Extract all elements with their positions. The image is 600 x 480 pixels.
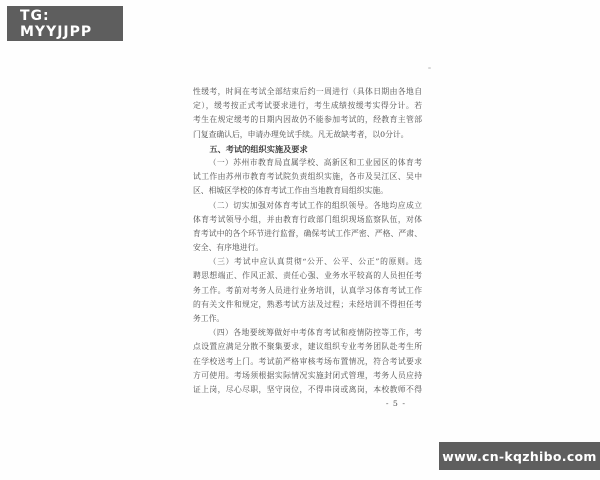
document-section-heading: 五、考试的组织实施及要求	[193, 142, 422, 156]
page-number: - 5 -	[193, 397, 422, 411]
scanned-document-viewer: { "colors": { "badge_bg": "#5e5e5e", "ba…	[0, 0, 600, 480]
website-watermark-badge: www.cn-kqzhibo.com	[439, 442, 600, 470]
document-line: 考生在规定缓考的日期内因故仍不能参加考试的，经教育主管部	[193, 113, 422, 127]
document-line: （三）考试中应认真贯彻“公开、公平、公正”的原则。选	[193, 255, 422, 269]
document-line: 试工作由苏州市教育考试院负责组织实施，各市及吴江区、吴中	[193, 170, 422, 184]
document-line: （二）切实加强对体育考试工作的组织领导。各地均应成立	[193, 199, 422, 213]
document-line: 门复查确认后，申请办理免试手续。凡无故缺考者，以0分计。	[193, 128, 422, 142]
document-line: 方可使用。考场须根据实际情况实施封闭式管理，考务人员应持	[193, 369, 422, 383]
document-line: 的有关文件和规定，熟悉考试方法及过程；未经培训不得担任考	[193, 298, 422, 312]
document-line: 证上岗，尽心尽职，坚守岗位，不得串岗或离岗，本校教师不得	[193, 383, 422, 397]
document-line: 区、相城区学校的体育考试工作由当地教育局组织实施。	[193, 184, 422, 198]
scan-artifact	[428, 67, 431, 69]
document-line: 在学校送考上门。考试前严格审核考场布置情况，符合考试要求	[193, 355, 422, 369]
telegram-watermark-badge: TG: MYYJJPP	[7, 6, 123, 41]
telegram-watermark-label: TG: MYYJJPP	[20, 8, 123, 40]
document-line: 务工作。	[193, 312, 422, 326]
document-line: （一）苏州市教育局直属学校、高新区和工业园区的体育考	[193, 156, 422, 170]
document-page: 性缓考，时间在考试全部结束后约一周进行（具体日期由各地自 定），缓考按正式考试要…	[193, 85, 422, 411]
document-line: 务工作。考前对考务人员进行业务培训，认真学习体育考试工作	[193, 284, 422, 298]
document-line: 性缓考，时间在考试全部结束后约一周进行（具体日期由各地自	[193, 85, 422, 99]
document-line: 安全、有序地进行。	[193, 241, 422, 255]
website-watermark-label: www.cn-kqzhibo.com	[442, 449, 597, 464]
document-line: 点设置应满足分散不聚集要求，建议组织专业考务团队赴考生所	[193, 340, 422, 354]
document-line: 体育考试领导小组，并由教育行政部门组织现场监察队伍，对体	[193, 213, 422, 227]
document-line: 聘思想端正、作风正派、责任心强、业务水平较高的人员担任考	[193, 269, 422, 283]
document-line: 育考试中的各个环节进行监督，确保考试工作严密、严格、严肃、	[193, 227, 422, 241]
document-line: 定），缓考按正式考试要求进行，考生成绩按缓考实得分计。若	[193, 99, 422, 113]
document-line: （四）各地要统筹做好中考体育考试和疫情防控等工作，考	[193, 326, 422, 340]
